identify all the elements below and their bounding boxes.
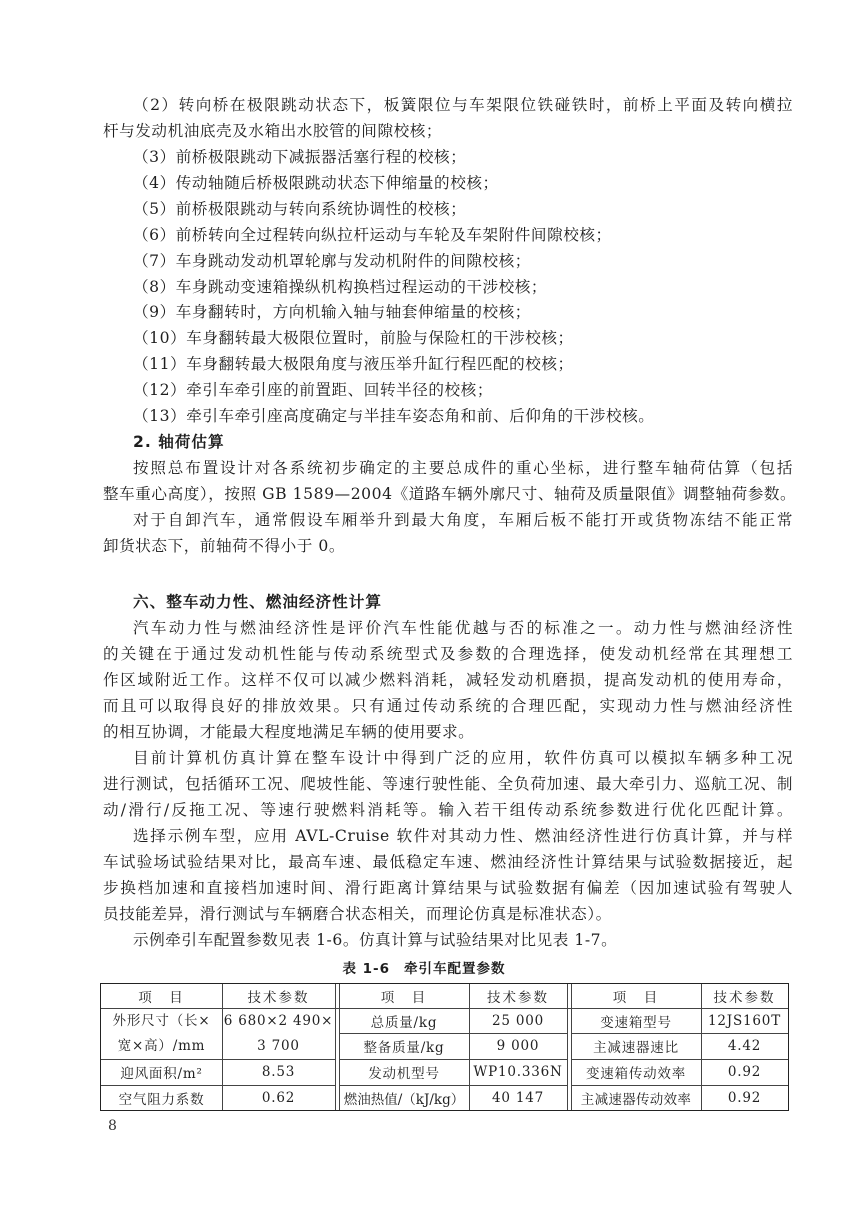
paragraph-line: 员技能差异，滑行测试与车辆磨合状态相关，而理论仿真是标准状态）。 <box>103 901 793 927</box>
table-cell-value: 12JS160T <box>701 1008 788 1033</box>
check-item-2-line2: 杆与发动机油底壳及水箱出水胶管的间隙校核； <box>103 118 793 144</box>
table-title: 牵引车配置参数 <box>404 961 506 977</box>
paragraph-line: 步换档加速和直接档加速时间、滑行距离计算结果与试验数据有偏差（因加速试验有驾驶人 <box>103 875 793 901</box>
table-cell-item: 发动机型号 <box>339 1059 469 1085</box>
table-cell-value: 6 680×2 490× 3 700 <box>222 1008 335 1059</box>
table-header-value: 技术参数 <box>469 984 567 1008</box>
table-cell-value: 4.42 <box>701 1033 788 1059</box>
check-item-9: （9）车身翻转时，方向机输入轴与轴套伸缩量的校核； <box>133 299 793 325</box>
table-cell-item: 总质量/kg <box>339 1008 469 1033</box>
paragraph-line: 动/滑行/反拖工况、等速行驶燃料消耗等。输入若干组传动系统参数进行优化匹配计算。 <box>103 797 793 823</box>
table-cell-item: 迎风面积/m² <box>101 1059 222 1085</box>
paragraph-line: 车试验场试验结果对比，最高车速、最低稳定车速、燃油经济性计算结果与试验数据接近，… <box>103 849 793 875</box>
table-header-value: 技术参数 <box>701 984 788 1008</box>
check-item-2-line1: （2）转向桥在极限跳动状态下，板簧限位与车架限位铁碰铁时，前桥上平面及转向横拉 <box>133 92 793 118</box>
table-divider <box>567 984 568 1110</box>
table-cell-item: 外形尺寸（长× 宽×高）/mm <box>101 1008 222 1059</box>
table-cell-item: 变速箱传动效率 <box>571 1059 701 1085</box>
table-number: 表 1-6 <box>342 961 390 977</box>
paragraph-line: 按照总布置设计对各系统初步确定的主要总成件的重心坐标，进行整车轴荷估算（包括 <box>133 455 793 481</box>
table-cell-value: 0.92 <box>701 1085 788 1110</box>
paragraph-line: 示例牵引车配置参数见表 1-6。仿真计算与试验结果对比见表 1-7。 <box>133 927 793 953</box>
cell-text: 外形尺寸（长× <box>113 1009 211 1034</box>
cell-text: 3 700 <box>257 1034 300 1059</box>
check-item-8: （8）车身跳动变速箱操纵机构换档过程运动的干涉校核； <box>133 274 793 300</box>
table-cell-value: 9 000 <box>469 1033 567 1059</box>
paragraph-line: 卸货状态下，前轴荷不得小于 0。 <box>103 533 793 559</box>
table-cell-value: 0.92 <box>701 1059 788 1085</box>
table-header-item: 项 目 <box>571 984 701 1008</box>
check-item-12: （12）牵引车牵引座的前置距、回转半径的校核； <box>133 377 793 403</box>
paragraph-line: 进行测试，包括循环工况、爬坡性能、等速行驶性能、全负荷加速、最大牵引力、巡航工况… <box>103 771 793 797</box>
table-header-value: 技术参数 <box>222 984 335 1008</box>
paragraph-line: 而且可以取得良好的排放效果。只有通过传动系统的合理匹配，实现动力性与燃油经济性 <box>103 693 793 719</box>
table-header-item: 项 目 <box>101 984 222 1008</box>
paragraph-line: 的关键在于通过发动机性能与传动系统型式及参数的合理选择，使发动机经常在其理想工 <box>103 641 793 667</box>
table-cell-item: 主减速器速比 <box>571 1033 701 1059</box>
table-cell-item: 整备质量/kg <box>339 1033 469 1059</box>
table-cell-value: 40 147 <box>469 1085 567 1110</box>
table-cell-value: 8.53 <box>222 1059 335 1085</box>
check-item-13: （13）牵引车牵引座高度确定与半挂车姿态角和前、后仰角的干涉校核。 <box>133 403 793 429</box>
paragraph-line: 作区域附近工作。这样不仅可以减少燃料消耗，减轻发动机磨损，提高发动机的使用寿命， <box>103 667 793 693</box>
check-item-7: （7）车身跳动发动机罩轮廓与发动机附件的间隙校核； <box>133 248 793 274</box>
table-cell-item: 燃油热值/（kJ/kg） <box>339 1085 469 1110</box>
paragraph-line: 整车重心高度），按照 GB 1589—2004《道路车辆外廓尺寸、轴荷及质量限值… <box>103 481 793 507</box>
check-item-3: （3）前桥极限跳动下减振器活塞行程的校核； <box>133 144 793 170</box>
table-cell-value: 0.62 <box>222 1085 335 1110</box>
paragraph-line: 目前计算机仿真计算在整车设计中得到广泛的应用，软件仿真可以模拟车辆多种工况 <box>133 745 793 771</box>
check-item-4: （4）传动轴随后桥极限跳动状态下伸缩量的校核； <box>133 170 793 196</box>
paragraph-line: 选择示例车型，应用 AVL-Cruise 软件对其动力性、燃油经济性进行仿真计算… <box>133 823 793 849</box>
cell-text: 宽×高）/mm <box>118 1034 206 1059</box>
table-cell-item: 变速箱型号 <box>571 1008 701 1033</box>
table-header-item: 项 目 <box>339 984 469 1008</box>
paragraph-line: 的相互协调，才能最大程度地满足车辆的使用要求。 <box>103 719 793 745</box>
table-cell-value: WP10.336N <box>469 1059 567 1085</box>
cell-text: 6 680×2 490× <box>224 1009 334 1034</box>
table-cell-item: 主减速器传动效率 <box>571 1085 701 1110</box>
page-number: 8 <box>108 1118 117 1134</box>
paragraph-line: 对于自卸汽车，通常假设车厢举升到最大角度，车厢后板不能打开或货物冻结不能正常 <box>133 507 793 533</box>
check-item-6: （6）前桥转向全过程转向纵拉杆运动与车轮及车架附件间隙校核； <box>133 222 793 248</box>
table-caption: 表 1-6牵引车配置参数 <box>0 957 848 977</box>
section-heading-six: 六、整车动力性、燃油经济性计算 <box>133 589 793 615</box>
table-divider <box>335 984 336 1110</box>
check-item-10: （10）车身翻转最大极限位置时，前脸与保险杠的干涉校核； <box>133 325 793 351</box>
check-item-5: （5）前桥极限跳动与转向系统协调性的校核； <box>133 196 793 222</box>
config-table: 项 目 技术参数 项 目 技术参数 项 目 技术参数 外形尺寸（长× 宽×高）/… <box>100 983 789 1111</box>
table-cell-item: 空气阻力系数 <box>101 1085 222 1110</box>
book-page: （2）转向桥在极限跳动状态下，板簧限位与车架限位铁碰铁时，前桥上平面及转向横拉 … <box>0 0 848 1214</box>
paragraph-line: 汽车动力性与燃油经济性是评价汽车性能优越与否的标准之一。动力性与燃油经济性 <box>133 615 793 641</box>
check-item-11: （11）车身翻转最大极限角度与液压举升缸行程匹配的校核； <box>133 351 793 377</box>
table-cell-value: 25 000 <box>469 1008 567 1033</box>
subsection-heading-axle-load: 2. 轴荷估算 <box>133 429 793 455</box>
